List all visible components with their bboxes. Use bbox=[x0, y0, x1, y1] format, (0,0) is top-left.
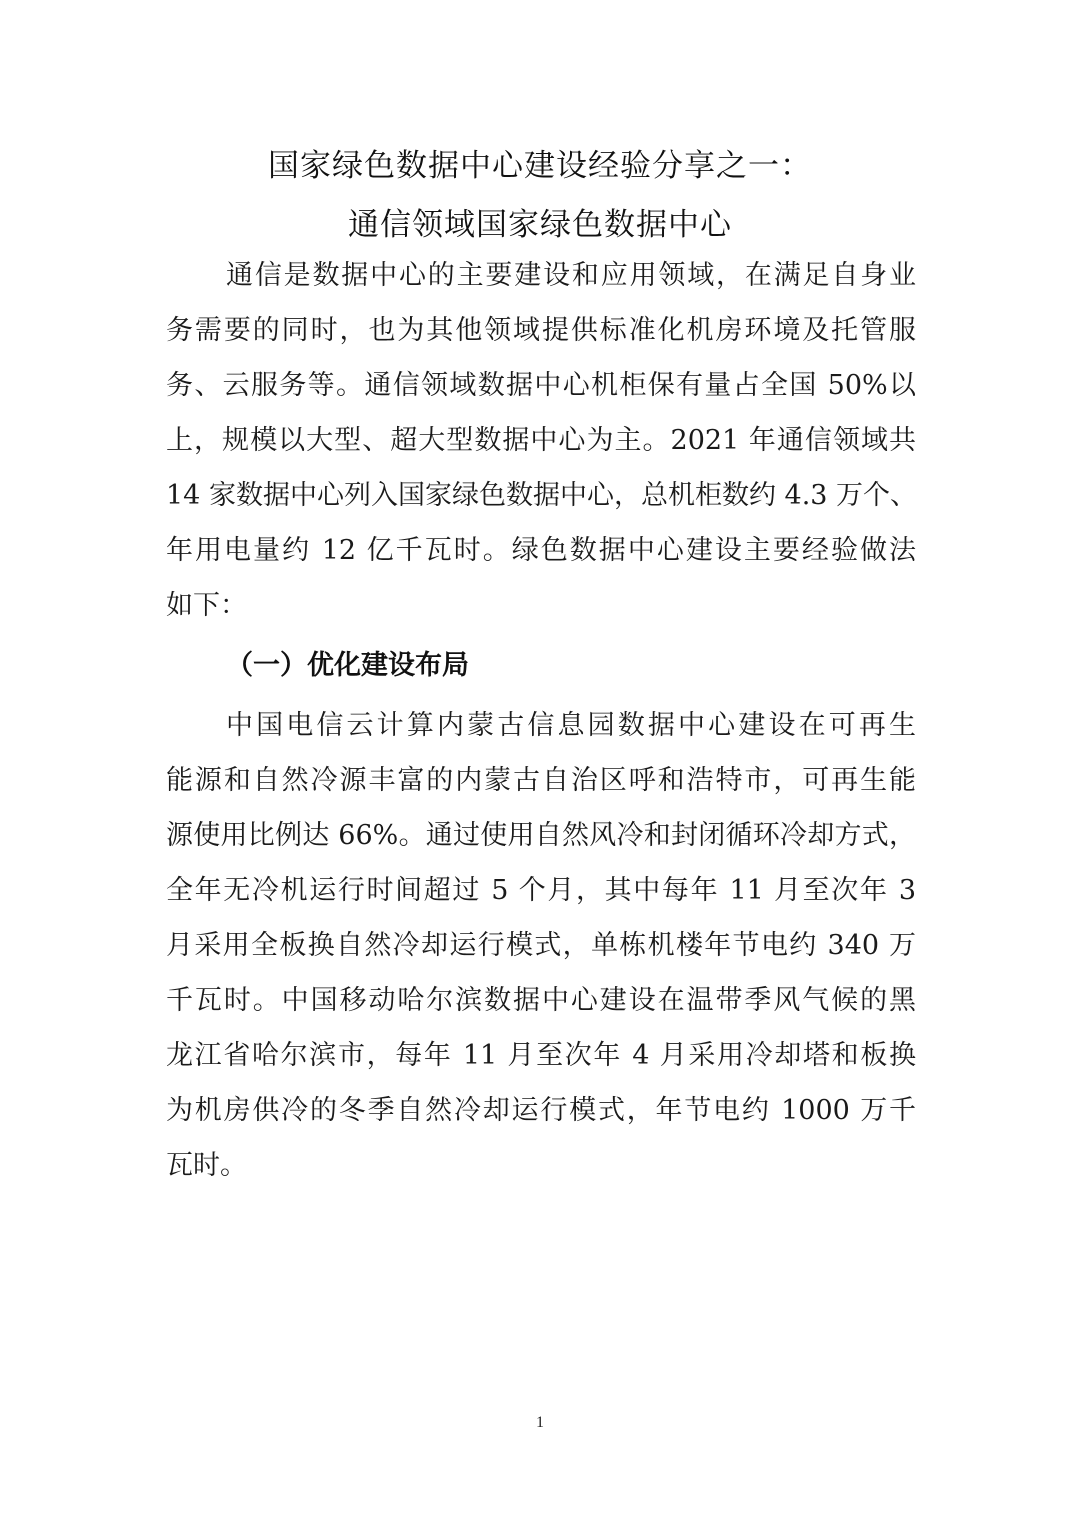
document-page: 国家绿色数据中心建设经验分享之一： 通信领域国家绿色数据中心 通信是数据中心的主… bbox=[0, 0, 1080, 1527]
paragraph-line: 月采用全板换自然冷却运行模式，单栋机楼年节电约 340 万 bbox=[166, 928, 916, 964]
paragraph-line: 务需要的同时，也为其他领域提供标准化机房环境及托管服 bbox=[166, 313, 916, 349]
paragraph-line: 如下： bbox=[166, 588, 916, 624]
paragraph-line: 能源和自然冷源丰富的内蒙古自治区呼和浩特市，可再生能 bbox=[166, 763, 916, 799]
paragraph-line: 龙江省哈尔滨市，每年 11 月至次年 4 月采用冷却塔和板换 bbox=[166, 1038, 916, 1074]
paragraph-line: 源使用比例达 66%。通过使用自然风冷和封闭循环冷却方式， bbox=[166, 818, 916, 854]
page-number: 1 bbox=[0, 1414, 1080, 1432]
document-title-line-2: 通信领域国家绿色数据中心 bbox=[0, 199, 1080, 244]
paragraph-line: 年用电量约 12 亿千瓦时。绿色数据中心建设主要经验做法 bbox=[166, 533, 916, 569]
paragraph-line: 务、云服务等。通信领域数据中心机柜保有量占全国 50%以 bbox=[166, 368, 916, 404]
paragraph-line: 瓦时。 bbox=[166, 1148, 916, 1184]
paragraph-line: 14 家数据中心列入国家绿色数据中心，总机柜数约 4.3 万个、 bbox=[166, 478, 916, 514]
paragraph-line: 千瓦时。中国移动哈尔滨数据中心建设在温带季风气候的黑 bbox=[166, 983, 916, 1019]
section-heading-optimize-layout: （一）优化建设布局 bbox=[226, 648, 469, 684]
document-title-line-1: 国家绿色数据中心建设经验分享之一： bbox=[0, 140, 1080, 185]
paragraph-line: 为机房供冷的冬季自然冷却运行模式，年节电约 1000 万千 bbox=[166, 1093, 916, 1129]
paragraph-line: 通信是数据中心的主要建设和应用领域，在满足自身业 bbox=[226, 258, 916, 294]
paragraph-line: 全年无冷机运行时间超过 5 个月，其中每年 11 月至次年 3 bbox=[166, 873, 916, 909]
paragraph-line: 中国电信云计算内蒙古信息园数据中心建设在可再生 bbox=[226, 708, 916, 744]
paragraph-line: 上，规模以大型、超大型数据中心为主。2021 年通信领域共 bbox=[166, 423, 916, 459]
